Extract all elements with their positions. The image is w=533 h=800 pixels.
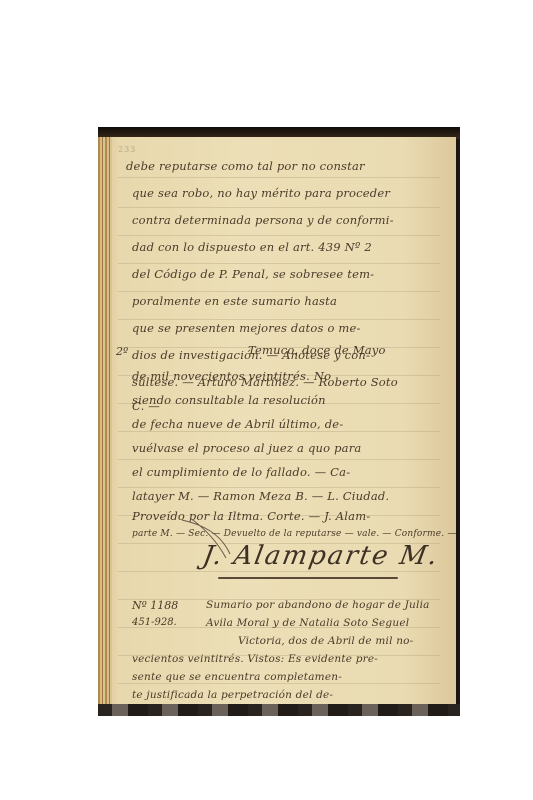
- handwritten-line: el cumplimiento de lo fallado. — Ca-: [132, 465, 350, 479]
- ruled-line: [118, 263, 440, 264]
- handwritten-line: debe reputarse como tal por no constar: [126, 159, 365, 173]
- ruled-line: [118, 487, 440, 488]
- handwritten-line: te justificada la perpetración del de-: [132, 689, 333, 701]
- signature-underline: [218, 577, 398, 579]
- ruled-line: [118, 431, 440, 432]
- handwritten-line: poralmente en este sumario hasta: [132, 294, 337, 308]
- handwritten-line: sente que se encuentra completamen-: [132, 671, 342, 683]
- handwritten-line: siendo consultable la resolución: [132, 393, 326, 407]
- handwritten-line: dad con lo dispuesto en el art. 439 Nº 2: [132, 240, 372, 254]
- bottom-page-edge: [98, 704, 460, 716]
- entry-margin-number: 2º: [116, 345, 128, 358]
- ruled-line: [118, 207, 440, 208]
- ruled-line: [118, 459, 440, 460]
- handwritten-line: que sea robo, no hay mérito para procede…: [132, 186, 390, 200]
- handwritten-line: latayer M. — Ramon Meza B. — L. Ciudad.: [132, 489, 389, 503]
- ledger-page: 233 debe reputarse como tal por no const…: [98, 137, 456, 706]
- document-photograph: 233 debe reputarse como tal por no const…: [98, 127, 460, 716]
- case-number: Nº 1188: [132, 599, 178, 612]
- handwritten-line: Sumario por abandono de hogar de Julia: [206, 599, 430, 611]
- handwritten-line: de mil novecientos veintitrés. No: [132, 369, 331, 383]
- ruled-line: [118, 291, 440, 292]
- book-binding-edge: [98, 137, 112, 706]
- signature: J. Alamparte M.: [200, 541, 441, 571]
- handwritten-line: del Código de P. Penal, se sobresee tem-: [132, 267, 374, 281]
- handwritten-line: Proveído por la Iltma. Corte. — J. Alam-: [132, 509, 370, 523]
- ruled-line: [118, 319, 440, 320]
- handwritten-line: que se presenten mejores datos o me-: [132, 321, 361, 335]
- handwritten-line: Avila Moral y de Natalia Soto Seguel: [206, 617, 409, 629]
- ruled-line: [118, 571, 440, 572]
- handwritten-line: contra determinada persona y de conformi…: [132, 213, 394, 227]
- ruled-line: [118, 683, 440, 684]
- ruled-line: [118, 235, 440, 236]
- handwritten-line: Victoria, dos de Abril de mil no-: [238, 635, 413, 647]
- handwritten-line: de fecha nueve de Abril último, de-: [132, 417, 343, 431]
- case-reference: 451-928.: [132, 617, 177, 628]
- handwritten-line: Temuco, doce de Mayo: [248, 343, 386, 357]
- page-number: 233: [118, 145, 136, 154]
- handwritten-line: vecientos veintitrés. Vistos: Es evident…: [132, 653, 378, 665]
- ruled-line: [118, 177, 440, 178]
- handwritten-line: vuélvase el proceso al juez a quo para: [132, 441, 361, 455]
